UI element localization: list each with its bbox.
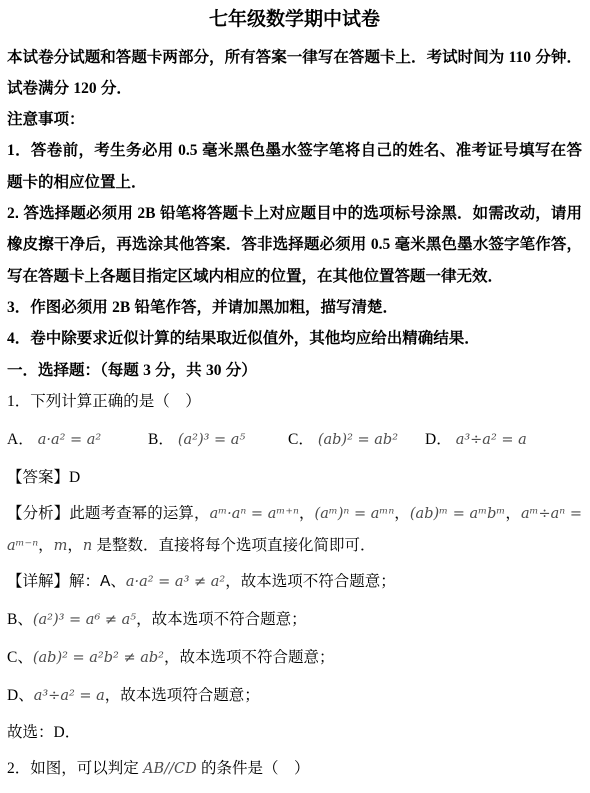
exam-title: 七年级数学期中试卷 <box>7 7 582 34</box>
detail-line-b: B、(a²)³ = a⁶ ≠ a⁵，故本选项不符合题意； <box>7 603 582 637</box>
option-b-formula: (a²)³ = a⁵ <box>178 432 245 448</box>
option-c: C．(ab)² = ab² <box>288 428 425 453</box>
notice-item-2: 2. 答选择题必须用 2B 铅笔将答题卡上对应题目中的选项标号涂黑．如需改动，请… <box>7 198 582 292</box>
intro-paragraph: 本试卷分试题和答题卡两部分，所有答案一律写在答题卡上．考试时间为 110 分钟．… <box>7 42 582 105</box>
option-c-label: C． <box>288 431 314 448</box>
option-a-label: A． <box>7 431 34 448</box>
option-c-formula: (ab)² = ab² <box>318 432 398 448</box>
option-d: D．a³÷a² = a <box>425 428 582 453</box>
option-d-formula: a³÷a² = a <box>456 432 527 448</box>
answer-line: 【答案】D <box>7 462 582 493</box>
option-d-label: D． <box>425 431 452 448</box>
notice-item-1: 1．答卷前，考生务必用 0.5 毫米黑色墨水签字笔将自己的姓名、准考证号填写在答… <box>7 135 582 198</box>
detail-line-a: 【详解】解：A、a·a² = a³ ≠ a²，故本选项不符合题意； <box>7 565 582 599</box>
analysis-paragraph: 【分析】此题考查幂的运算，aᵐ·aⁿ = aᵐ⁺ⁿ，(aᵐ)ⁿ = aᵐⁿ，(a… <box>7 498 582 561</box>
detail-line-c: C、(ab)² = a²b² ≠ ab²，故本选项不符合题意； <box>7 641 582 675</box>
section-1-heading: 一．选择题：（每题 3 分，共 30 分） <box>7 355 582 386</box>
question-1-options: A．a·a² = a² B．(a²)³ = a⁵ C．(ab)² = ab² D… <box>7 428 582 453</box>
option-a-formula: a·a² = a² <box>38 432 102 448</box>
conclusion-line: 故选：D． <box>7 717 582 748</box>
exam-document: 七年级数学期中试卷 本试卷分试题和答题卡两部分，所有答案一律写在答题卡上．考试时… <box>0 0 590 793</box>
question-1-prompt: 1．下列计算正确的是（ ） <box>7 386 582 417</box>
option-b: B．(a²)³ = a⁵ <box>148 428 288 453</box>
option-b-label: B． <box>148 431 174 448</box>
notices-heading: 注意事项： <box>7 104 582 135</box>
notice-item-4: 4．卷中除要求近似计算的结果取近似值外，其他均应给出精确结果． <box>7 323 582 354</box>
option-a: A．a·a² = a² <box>7 428 148 453</box>
notice-item-3: 3．作图必须用 2B 铅笔作答，并请加黑加粗，描写清楚． <box>7 292 582 323</box>
question-2-prompt: 2．如图，可以判定 AB//CD 的条件是（ ） <box>7 753 582 784</box>
detail-line-d: D、a³÷a² = a，故本选项符合题意； <box>7 679 582 713</box>
